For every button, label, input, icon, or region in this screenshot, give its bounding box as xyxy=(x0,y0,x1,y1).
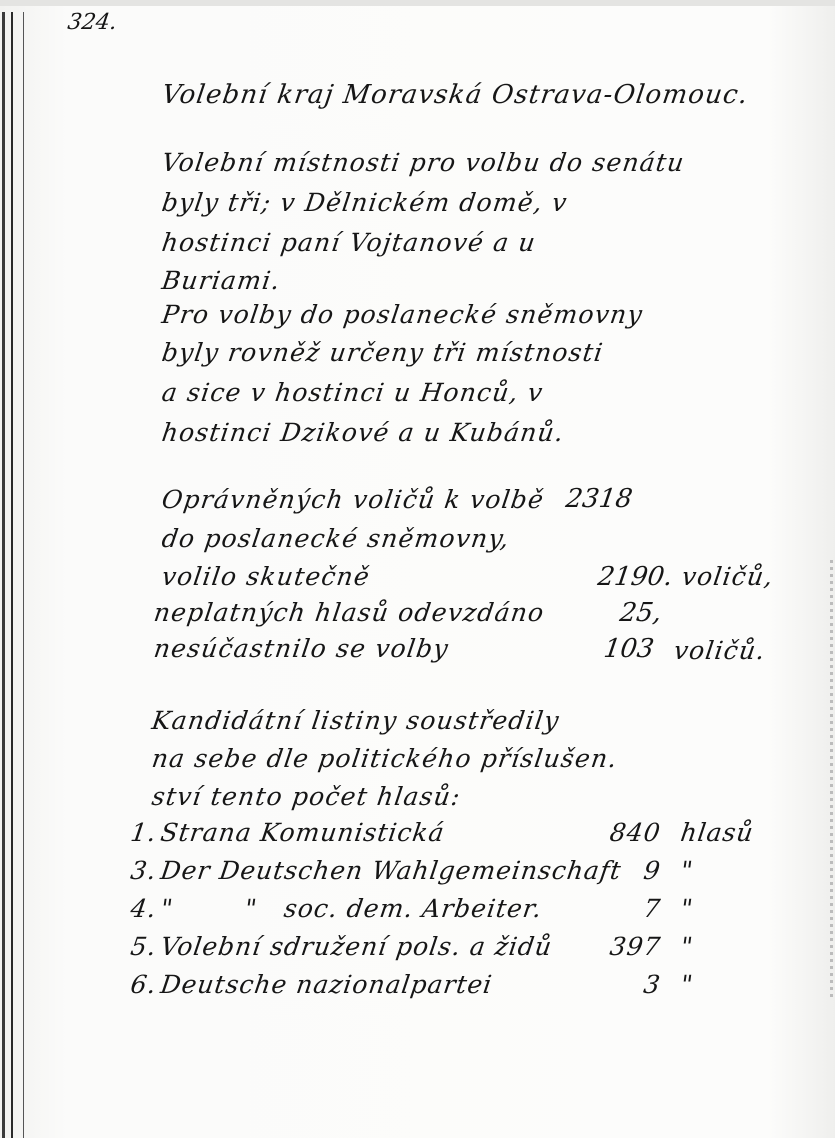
result-row: 3. Der Deutschen Wahlgemeinschaft 9 " xyxy=(127,856,773,896)
section1-line: Volební místnosti pro volbu do senátu xyxy=(160,148,687,177)
stat-value: 2190. xyxy=(596,562,675,592)
result-row: 4. " " soc. dem. Arbeiter. 7 " xyxy=(127,894,773,934)
result-party: Deutsche nazionalpartei xyxy=(159,970,495,999)
result-index: 4. xyxy=(129,894,159,923)
section2-line: Pro volby do poslanecké sněmovny xyxy=(160,300,645,329)
result-unit: " xyxy=(679,970,696,999)
stat-label: nesúčastnilo se volby xyxy=(152,634,451,663)
section1-line: hostinci paní Vojtanové a u xyxy=(160,228,538,257)
document-page: 324. Volební kraj Moravská Ostrava-Olomo… xyxy=(0,0,835,1138)
result-index: 1. xyxy=(129,818,159,847)
result-row: 6. Deutsche nazionalpartei 3 " xyxy=(127,970,773,1010)
section2-line: byly rovněž určeny tři místnosti xyxy=(160,338,605,367)
margin-rule xyxy=(11,12,13,1138)
result-votes: 7 xyxy=(599,894,663,923)
result-unit: hlasů xyxy=(679,818,756,847)
eligible-voters-label: Oprávněných voličů k volbě xyxy=(160,485,546,514)
result-votes: 397 xyxy=(599,932,663,961)
result-votes: 9 xyxy=(599,856,663,885)
result-unit: " xyxy=(679,932,696,961)
stat-label: volilo skutečně xyxy=(160,562,372,591)
stat-value: 103 xyxy=(602,634,656,664)
result-unit: " xyxy=(679,894,696,923)
result-party: Volební sdružení pols. a židů xyxy=(159,932,555,961)
section1-line: Buriami. xyxy=(160,266,283,295)
margin-rule xyxy=(23,12,24,1138)
section3-line: Kandidátní listiny soustředily xyxy=(150,706,562,735)
result-row: 5. Volební sdružení pols. a židů 397 " xyxy=(127,932,773,972)
result-party: Strana Komunistická xyxy=(159,818,447,847)
result-party: Der Deutschen Wahlgemeinschaft xyxy=(159,856,624,885)
eligible-voters-value: 2318 xyxy=(564,484,634,514)
result-row: 1. Strana Komunistická 840 hlasů xyxy=(127,818,773,858)
section3-line: ství tento počet hlasů: xyxy=(150,782,463,811)
eligible-voters-label-cont: do poslanecké sněmovny, xyxy=(160,524,512,553)
result-index: 5. xyxy=(129,932,159,961)
scan-edge-noise xyxy=(830,560,833,1000)
result-votes: 3 xyxy=(599,970,663,999)
margin-rule xyxy=(2,12,5,1138)
scan-top-band xyxy=(0,0,835,6)
result-index: 3. xyxy=(129,856,159,885)
stat-label: neplatných hlasů odevzdáno xyxy=(152,598,546,627)
result-party: " " soc. dem. Arbeiter. xyxy=(159,894,544,923)
section3-line: na sebe dle politického příslušen. xyxy=(150,744,620,773)
stat-unit: voličů. xyxy=(672,636,768,665)
document-title: Volební kraj Moravská Ostrava-Olomouc. xyxy=(160,80,750,110)
result-unit: " xyxy=(679,856,696,885)
page-number: 324. xyxy=(66,10,118,35)
section2-line: a sice v hostinci u Honců, v xyxy=(160,378,545,407)
stat-value: 25, xyxy=(618,598,664,628)
section1-line: byly tři; v Dělnickém domě, v xyxy=(160,188,570,217)
result-index: 6. xyxy=(129,970,159,999)
section2-line: hostinci Dzikové a u Kubánů. xyxy=(160,418,566,447)
result-votes: 840 xyxy=(599,818,663,847)
stat-unit: voličů, xyxy=(680,562,776,591)
